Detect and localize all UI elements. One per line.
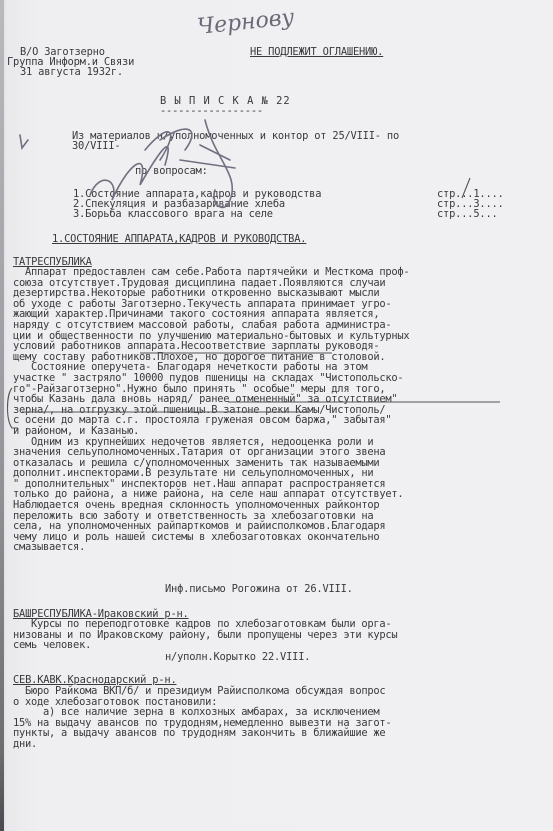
body-line: и районом, и Казанью. — [13, 426, 409, 437]
body-line: Курсы по переподготовке кадров по хлебоз… — [13, 619, 397, 630]
block-body-bashrespublika: Курсы по переподготовке кадров по хлебоз… — [13, 619, 397, 651]
toc-item-3: 3.Борьба классового врага на селе — [73, 209, 273, 220]
body-line: Бюро Райкома ВКП/б/ и президиум Райиспол… — [13, 686, 391, 697]
block-body-sevkavk: Бюро Райкома ВКП/б/ и президиум Райиспол… — [13, 686, 391, 750]
source-rogozhin: Инф.письмо Рогожина от 26.VIII. — [165, 584, 353, 595]
intro-line-2: 30/VIII- — [72, 141, 120, 152]
block-body-tatrespublika: Аппарат предоставлен сам себе.Работа пар… — [13, 267, 409, 553]
by-questions-label: по вопросам: — [135, 166, 208, 177]
section-1-heading: 1.СОСТОЯНИЕ АППАРАТА,КАДРОВ И РУКОВОДСТВ… — [52, 234, 306, 245]
body-line: семь человек. — [13, 640, 397, 651]
title-rule: ----------------- — [160, 106, 263, 117]
source-korytko: н/уполн.Корытко 22.VIII. — [165, 652, 310, 663]
body-line: дни. — [13, 739, 391, 750]
body-line: Аппарат предоставлен сам себе.Работа пар… — [13, 267, 409, 278]
intro-line-1: Из материалов н/уполномоченных и контор … — [72, 131, 399, 142]
document-date: 31 августа 1932г. — [20, 67, 123, 78]
body-line: наряду с отсутствием массовой работы, сл… — [13, 320, 409, 331]
body-line: участке " застряло" 10000 пудов пшеницы … — [13, 373, 409, 384]
page-edge-shadow — [0, 0, 4, 831]
body-line: смазывается. — [13, 542, 409, 553]
body-line: пункты, а выдачу авансов по трудодням за… — [13, 728, 391, 739]
toc-page-3: стр...5... — [437, 209, 498, 220]
confidentiality-stamp: НЕ ПОДЛЕЖИТ ОГЛАШЕНИЮ. — [250, 47, 383, 58]
